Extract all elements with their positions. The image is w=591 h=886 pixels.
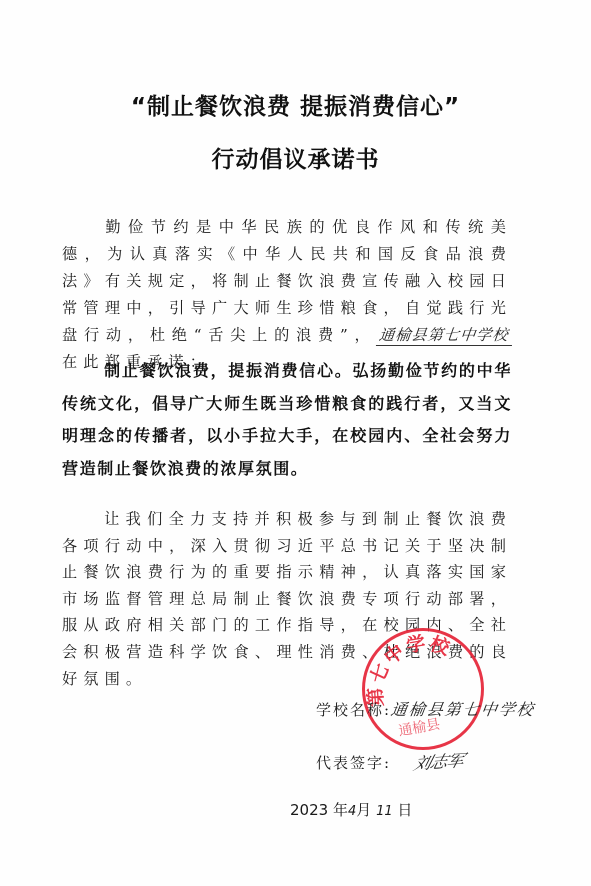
date-day-unit: 日 [397,801,412,819]
school-name-row: 学校名称:通榆县第七中学校 [316,697,535,720]
date-year: 2023 [290,801,328,819]
date-month-unit: 月 [356,801,371,819]
date-year-unit: 年 [333,801,348,819]
paragraph-pledge-bold: 制止餐饮浪费，提振消费信心。弘扬勤俭节约的中华传统文化，倡导广大师生既当珍惜粮食… [62,355,512,485]
document-title-line2: 行动倡议承诺书 [0,141,591,174]
document-title-line1: “制止餐饮浪费 提振消费信心” [0,88,591,121]
seal-arc-text: 第七中学校 [363,631,454,707]
paragraph-pledge-text: 制止餐饮浪费，提振消费信心。弘扬勤俭节约的中华传统文化，倡导广大师生既当珍惜粮食… [62,361,512,478]
svg-text:第七中学校: 第七中学校 [363,631,454,707]
date-day: 11 [376,804,393,819]
document-date: 2023 年4月 11 日 [290,799,412,820]
school-name-label: 学校名称: [316,699,391,720]
document-page: “制止餐饮浪费 提振消费信心” 行动倡议承诺书 勤俭节约是中华民族的优良作风和传… [0,0,591,886]
paragraph-intro: 勤俭节约是中华民族的优良作风和传统美德，为认真落实《中华人民共和国反食品浪费法》… [62,214,512,376]
official-seal-stamp: 第七中学校 通榆县 [362,628,484,750]
handwritten-school-name: 通榆县第七中学校 [375,325,513,346]
school-name-value: 通榆县第七中学校 [389,697,536,720]
representative-label: 代表签字: [316,752,391,773]
representative-signature: 刘志军 [411,746,466,774]
seal-icon: 第七中学校 通榆县 [362,628,484,750]
representative-row: 代表签字:刘志军 [316,748,463,773]
